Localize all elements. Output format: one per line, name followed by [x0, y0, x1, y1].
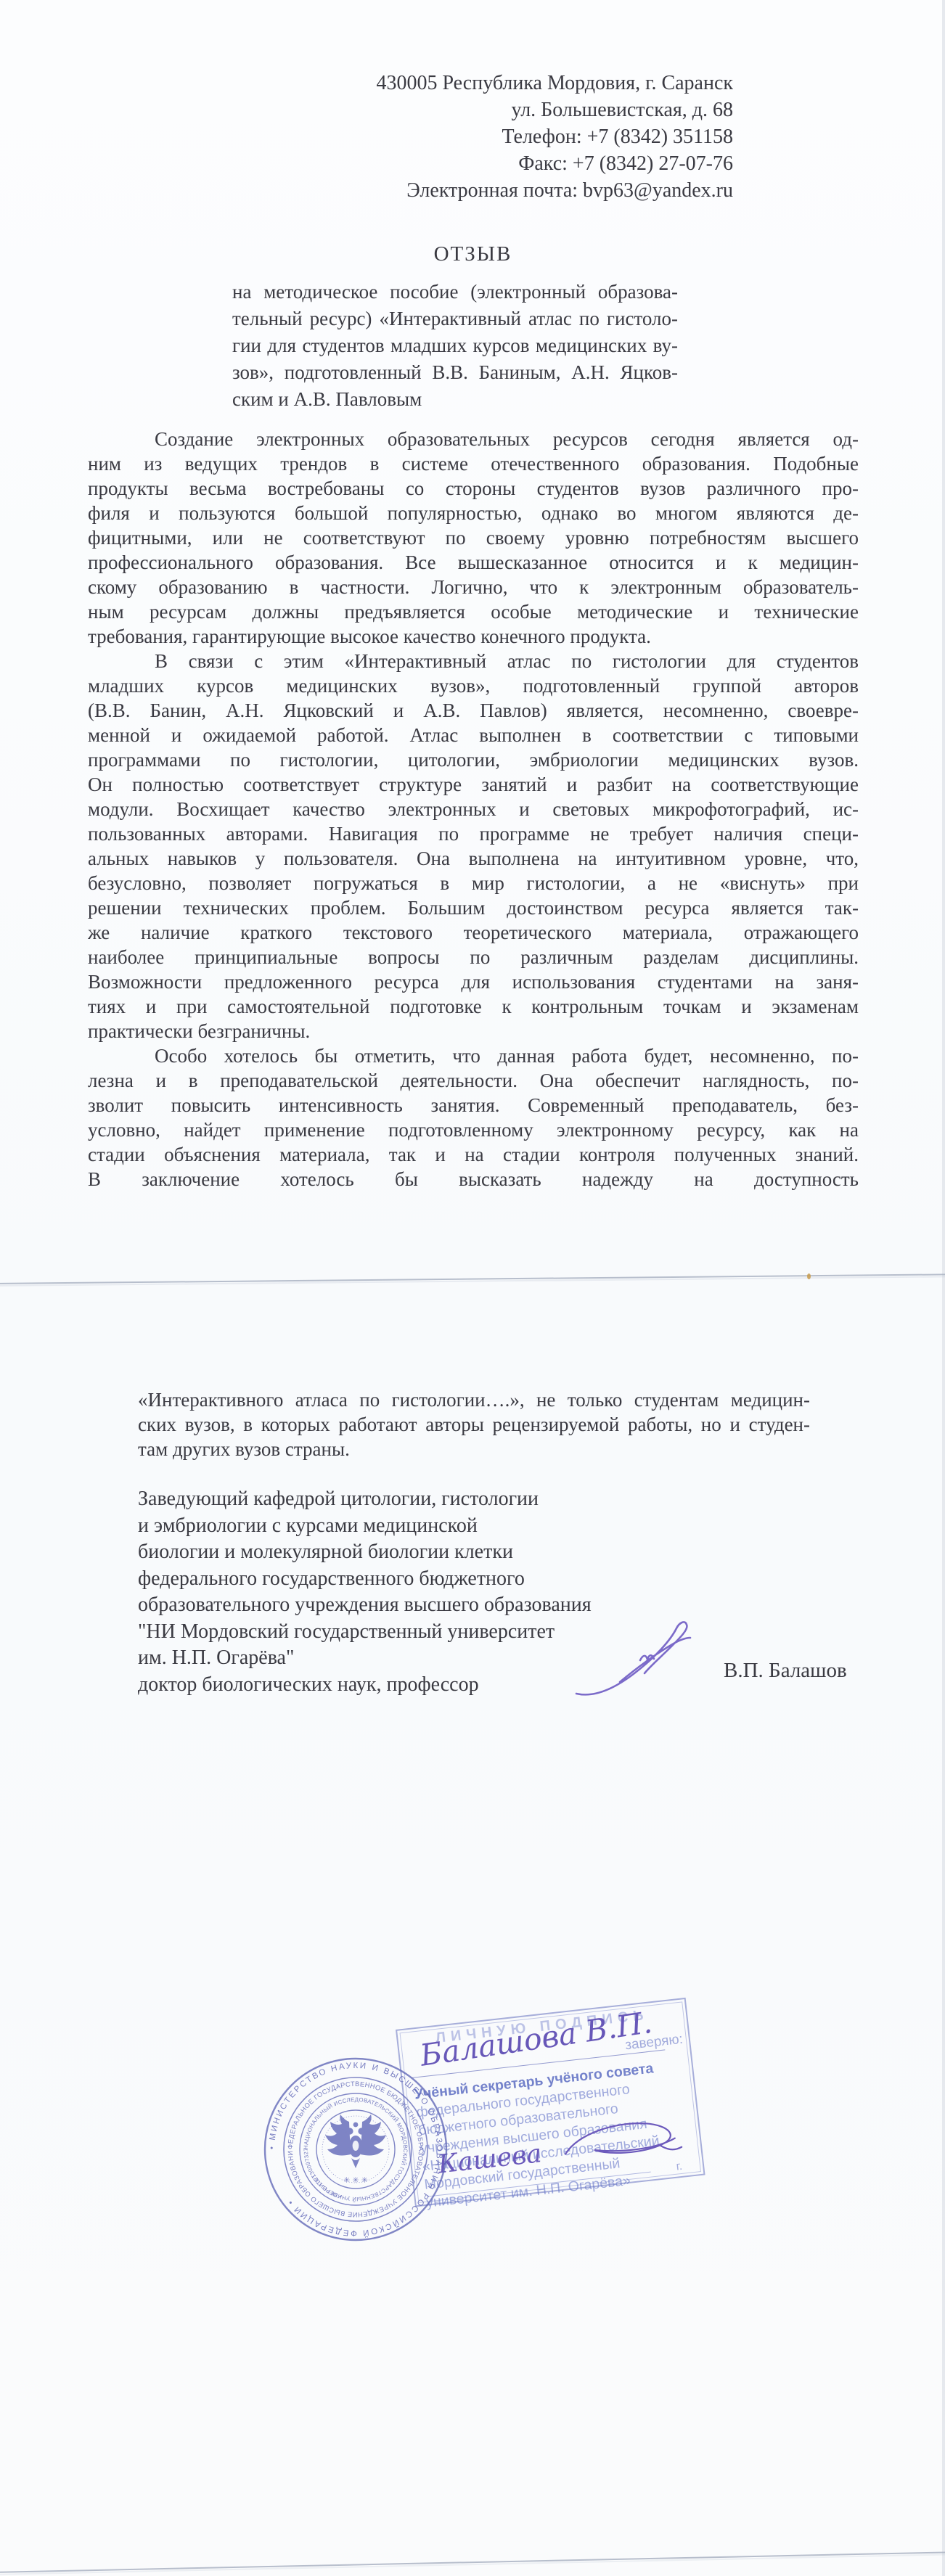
text-line: альных навыков у пользователя. Она выпол…: [88, 846, 859, 871]
text-line: скому образованию в частности. Логично, …: [88, 575, 859, 599]
double-headed-eagle-emblem: [325, 2114, 386, 2168]
document-title: ОТЗЫВ: [87, 242, 859, 266]
text-line: В связи с этим «Интерактивный атлас по г…: [88, 649, 859, 673]
address-line-email: Электронная почта: bvp63@yandex.ru: [376, 177, 733, 204]
text-line: менной и ожидаемой работой. Атлас выполн…: [88, 723, 859, 747]
address-line-fax: Факс: +7 (8342) 27-07-76: [376, 150, 733, 177]
text-line: фицитными, или не соответствуют по своем…: [88, 525, 859, 550]
body-text-page1: Создание электронных образовательных рес…: [88, 427, 859, 1191]
text-line: Возможности предложенного ресурса для ис…: [88, 969, 859, 994]
text-line: Особо хотелось бы отметить, что данная р…: [88, 1043, 859, 1068]
text-line: лезна и в преподавательской деятельности…: [88, 1068, 859, 1093]
text-line: продукты весьма востребованы со стороны …: [88, 476, 859, 501]
text-line: зволит повысить интенсивность занятия. С…: [88, 1093, 859, 1117]
text-line: программами по гистологии, цитологии, эм…: [88, 747, 859, 772]
signature-block-line: Заведующий кафедрой цитологии, гистологи…: [138, 1486, 592, 1513]
signature-block-line: биологии и молекулярной биологии клетки: [138, 1539, 592, 1566]
scan-edge-artifact: [942, 0, 945, 2576]
text-line: филя и пользуются большой популярностью,…: [88, 501, 859, 525]
address-line: 430005 Республика Мордовия, г. Саранск: [376, 70, 733, 97]
text-line: младших курсов медицинских вузов», подго…: [88, 673, 859, 698]
signature-block-line: и эмбриологии с курсами медицинской: [138, 1513, 592, 1540]
text-line: ним из ведущих трендов в системе отечест…: [88, 451, 859, 476]
scanned-review-letter: 430005 Республика Мордовия, г. Саранск у…: [0, 0, 945, 2576]
sender-address-block: 430005 Республика Мордовия, г. Саранск у…: [376, 70, 733, 204]
signature-block-line: доктор биологических наук, профессор: [138, 1672, 592, 1699]
text-line: безусловно, позволяет погружаться в мир …: [88, 871, 859, 895]
text-line: тиях и при самостоятельной подготовке к …: [88, 994, 859, 1019]
signer-name: В.П. Балашов: [724, 1659, 847, 1683]
address-line: ул. Большевистская, д. 68: [376, 97, 733, 123]
page-bottom-scan-line: [0, 2551, 945, 2573]
text-line: ным ресурсам должны предъявляется особые…: [88, 599, 859, 624]
subject-line: гии для студентов младших курсов медицин…: [232, 332, 678, 359]
text-line: профессионального образования. Все вышес…: [88, 550, 859, 575]
text-line: пользованных авторами. Навигация по прог…: [88, 821, 859, 846]
text-line: ских вузов, в которых работают авторы ре…: [138, 1412, 810, 1437]
text-line: же наличие краткого текстового теоретиче…: [88, 920, 859, 945]
subject-line: ским и А.В. Павловым: [232, 386, 678, 413]
signature-block-line: федерального государственного бюджетного: [138, 1566, 592, 1593]
handwritten-signature: [570, 1618, 737, 1705]
text-line: Он полностью соответствует структуре зан…: [88, 772, 859, 797]
page-break-scan-line: [0, 1273, 945, 1284]
text-line: Создание электронных образовательных рес…: [88, 427, 859, 451]
text-line: стадии объяснения материала, так и на ст…: [88, 1142, 859, 1167]
signature-block-line: образовательного учреждения высшего обра…: [138, 1592, 592, 1619]
text-line: решении технических проблем. Большим дос…: [88, 895, 859, 920]
signature-block-line: "НИ Мордовский государственный университ…: [138, 1619, 592, 1646]
address-line-phone: Телефон: +7 (8342) 351158: [376, 123, 733, 150]
text-line: наиболее принципиальные вопросы по разли…: [88, 945, 859, 969]
text-line: практически безграничны.: [88, 1019, 859, 1043]
seal-stars: ✳ ✳ ✳: [343, 2176, 368, 2185]
text-line: там других вузов страны.: [138, 1437, 810, 1461]
text-line: модули. Восхищает качество электронных и…: [88, 797, 859, 821]
signature-block-line: им. Н.П. Огарёва": [138, 1645, 592, 1672]
body-text-page2: «Интерактивного атласа по гистологии….»,…: [138, 1387, 810, 1461]
text-line: условно, найдет применение подготовленно…: [88, 1117, 859, 1142]
subject-line: зов», подготовленный В.В. Баниным, А.Н. …: [232, 359, 678, 386]
review-subject-block: на методическое пособие (электронный обр…: [232, 279, 678, 413]
subject-line: тельный ресурс) «Интерактивный атлас по …: [232, 305, 678, 332]
paper-speck: [807, 1273, 811, 1279]
text-line: (В.В. Банин, А.Н. Яцковский и А.В. Павло…: [88, 698, 859, 723]
text-line: «Интерактивного атласа по гистологии….»,…: [138, 1387, 810, 1412]
signature-position-block: Заведующий кафедрой цитологии, гистологи…: [138, 1486, 592, 1698]
text-line: В заключение хотелось бы высказать надеж…: [88, 1167, 859, 1191]
round-official-seal: • МИНИСТЕРСТВО НАУКИ И ВЫСШЕГО ОБРАЗОВАН…: [262, 2056, 449, 2243]
subject-line: на методическое пособие (электронный обр…: [232, 279, 678, 305]
text-line: требования, гарантирующие высокое качест…: [88, 624, 859, 649]
